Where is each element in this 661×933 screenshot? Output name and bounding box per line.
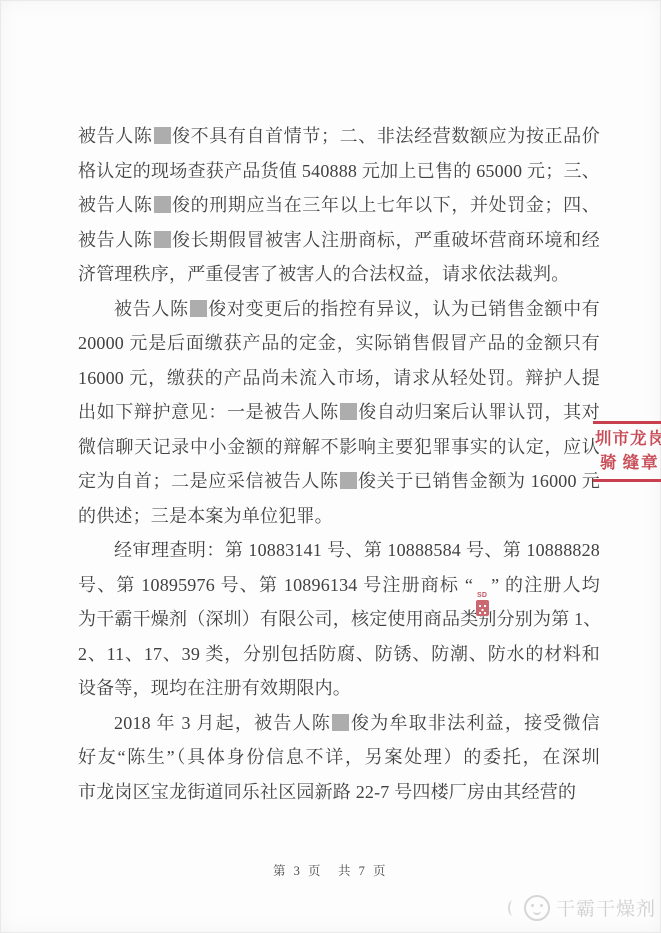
text-line: 出如下辩护意见：一是被告人陈俊自动归案后认罪认罚，其对 (78, 395, 600, 430)
seal-text: 骑 缝 (600, 453, 640, 472)
mascot-ear-arc-icon (508, 900, 518, 916)
redaction-block (154, 231, 171, 248)
text-line: 2018 年 3 月起，被告人陈俊为牟取非法利益，接受微信 (78, 706, 600, 741)
watermark: 干霸干燥剂 (508, 894, 656, 921)
trademark-logo-icon: SD (474, 592, 490, 618)
text-line: 被告人陈俊长期假冒被害人注册商标，严重破坏营商环境和经 (78, 223, 600, 258)
page-number: 第 3 页 共 7 页 (0, 861, 661, 879)
mascot-face-icon (524, 895, 550, 921)
text-line: 2、11、17、39 类，分别包括防腐、防锈、防潮、防水的材料和 (78, 637, 600, 672)
text-line: 济管理秩序，严重侵害了被害人的合法权益，请求依法裁判。 (78, 257, 600, 292)
text-line: 好友“陈生”（具体身份信息不详，另案处理）的委托，在深圳 (78, 740, 600, 775)
text-line: 定为自首；二是应采信被告人陈俊关于已销售金额为 16000 元 (78, 464, 600, 499)
text-line: 16000 元，缴获的产品尚未流入市场，请求从轻处罚。辩护人提 (78, 361, 600, 396)
document-body: 被告人陈俊不具有自首情节；二、非法经营数额应为按正品价格认定的现场查获产品货值 … (78, 119, 600, 809)
seal-text: 圳市龙 (595, 429, 648, 448)
text-line: 格认定的现场查获产品货值 540888 元加上已售的 65000 元；三、 (78, 154, 600, 189)
text-line: 被告人陈俊不具有自首情节；二、非法经营数额应为按正品价 (78, 119, 600, 154)
redaction-block (340, 403, 357, 420)
text-line: 市龙岗区宝龙街道同乐社区园新路 22-7 号四楼厂房由其经营的 (78, 775, 600, 810)
watermark-text: 干霸干燥剂 (556, 894, 656, 921)
text-line: 20000 元是后面缴获产品的定金，实际销售假冒产品的金额只有 (78, 326, 600, 361)
redaction-block (154, 127, 171, 144)
redaction-block (154, 196, 171, 213)
text-line: 的供述；三是本案为单位犯罪。 (78, 499, 600, 534)
scanned-page: 被告人陈俊不具有自首情节；二、非法经营数额应为按正品价格认定的现场查获产品货值 … (0, 0, 661, 933)
text-line: 号、第 10895976 号、第 10896134 号注册商标 “SD” 的注册… (78, 568, 600, 603)
text-line: 经审理查明：第 10883141 号、第 10888584 号、第 108888… (78, 533, 600, 568)
text-line: 为干霸干燥剂（深圳）有限公司，核定使用商品类别分别为第 1、 (78, 602, 600, 637)
text-line: 设备等，现均在注册有效期限内。 (78, 671, 600, 706)
seal-row-1: 圳市龙岗 (595, 427, 661, 451)
text-line: 微信聊天记录中小金额的辩解不影响主要犯罪事实的认定，应认 (78, 430, 600, 465)
redaction-block (332, 714, 349, 731)
seal-row-2: 骑 缝章 (595, 451, 661, 475)
seal-text-clipped: 章 (641, 453, 659, 472)
redaction-block (340, 472, 357, 489)
redaction-block (190, 300, 207, 317)
text-line: 被告人陈俊的刑期应当在三年以上七年以下，并处罚金；四、 (78, 188, 600, 223)
court-cross-page-seal: 圳市龙岗 骑 缝章 (593, 421, 661, 482)
seal-text-clipped: 岗 (649, 429, 661, 448)
text-line: 被告人陈俊对变更后的指控有异议，认为已销售金额中有 (78, 292, 600, 327)
